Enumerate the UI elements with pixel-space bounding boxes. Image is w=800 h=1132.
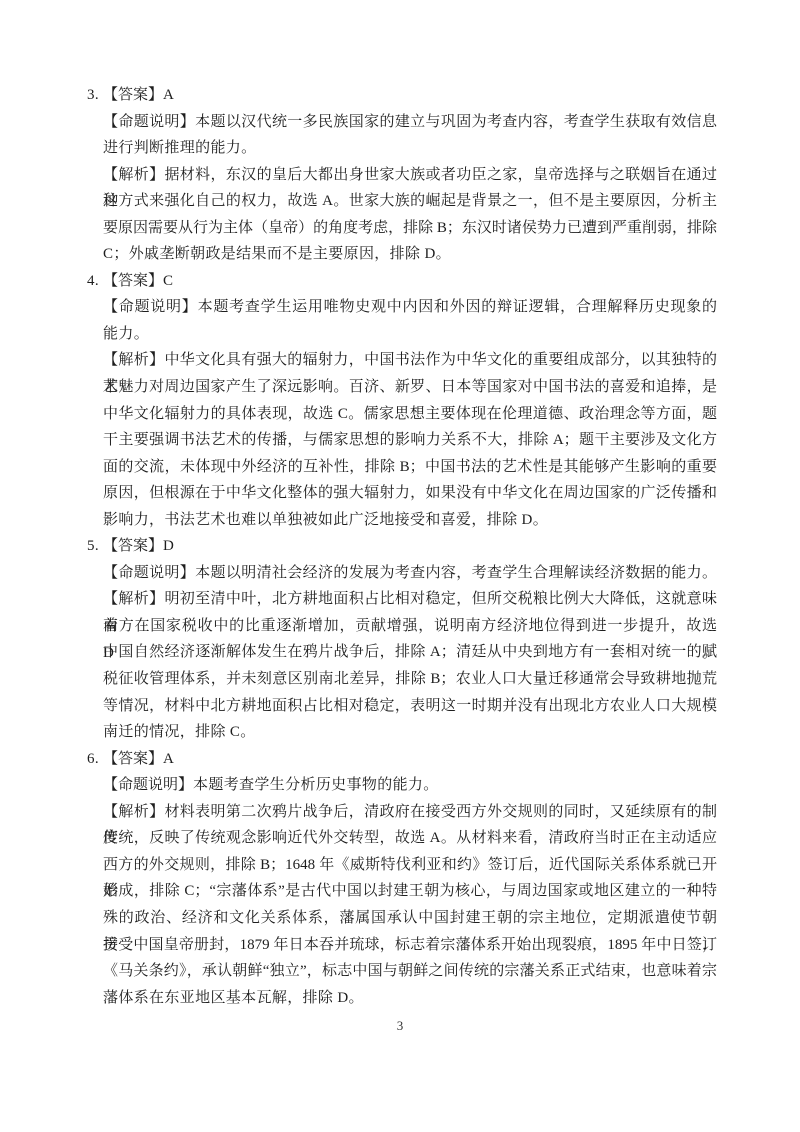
explanation-paragraph: 【命题说明】本题考查学生分析历史事物的能力。 — [103, 772, 717, 799]
analysis-tag: 【解析】 — [103, 352, 164, 368]
text-line: 殊的政治、经济和文化关系体系，藩属国承认中国封建王朝的宗主地位，定期派遣使节朝贡… — [103, 905, 717, 932]
question-4: 4.【答案】C 【命题说明】本题考查学生运用唯物史观中内因和外因的辩证逻辑，合理… — [103, 268, 717, 533]
answer-line: 3.【答案】A — [103, 82, 717, 109]
text-line: 税征收管理体系，并未刻意区别南北差异，排除 B；农业人口大量迁移通常会导致耕地抛… — [103, 666, 717, 693]
text-line: 南方在国家税收中的比重逐渐增加，贡献增强，说明南方经济地位得到进一步提升，故选 … — [103, 613, 717, 640]
answer-value: C — [163, 273, 173, 289]
text-line: 干主要强调书法艺术的传播，与儒家思想的影响力关系不大，排除 A；题干主要涉及文化… — [103, 427, 717, 454]
text-line: 接受中国皇帝册封，1879 年日本吞并琉球，标志着宗藩体系开始出现裂痕，1895… — [103, 932, 717, 959]
explanation-text: 本题以汉代统一多民族国家的建立与巩固为考查内容，考查学生获取有效信息 — [195, 114, 717, 130]
text-line: 面的交流，未体现中外经济的互补性，排除 B；中国书法的艺术性是其能够产生影响的重… — [103, 454, 717, 481]
analysis-tag: 【解析】 — [103, 167, 164, 183]
text-line: 【解析】明初至清中叶，北方耕地面积占比相对稳定，但所交税粮比例大大降低，这就意味… — [103, 586, 717, 613]
analysis-tag: 【解析】 — [103, 591, 164, 607]
text-line: 西方的外交规则，排除 B；1648 年《威斯特伐利亚和约》签订后，近代国际关系体… — [103, 852, 717, 879]
text-line: 术魅力对周边国家产生了深远影响。百济、新罗、日本等国家对中国书法的喜爱和追捧，是 — [103, 374, 717, 401]
answer-line: 4.【答案】C — [103, 268, 717, 295]
question-3: 3.【答案】A 【命题说明】本题以汉代统一多民族国家的建立与巩固为考查内容，考查… — [103, 82, 717, 268]
text-line: 中国自然经济逐渐解体发生在鸦片战争后，排除 A；清廷从中央到地方有一套相对统一的… — [103, 639, 717, 666]
text-line: 【命题说明】本题以明清社会经济的发展为考查内容，考查学生合理解读经济数据的能力。 — [103, 560, 717, 587]
text-line: 【解析】中华文化具有强大的辐射力，中国书法作为中华文化的重要组成部分，以其独特的… — [103, 347, 717, 374]
page-number: 3 — [0, 1018, 800, 1034]
text-line: 形成，排除 C；“宗藩体系”是古代中国以封建王朝为核心，与周边国家或地区建立的一… — [103, 878, 717, 905]
explanation-tag: 【命题说明】 — [103, 777, 193, 793]
text-line: C；外戚垄断朝政是结果而不是主要原因，排除 D。 — [103, 241, 717, 268]
answer-tag: 【答案】 — [103, 273, 163, 289]
text-line: 【命题说明】本题考查学生运用唯物史观中内因和外因的辩证逻辑，合理解释历史现象的 — [103, 294, 717, 321]
answer-line: 6.【答案】A — [103, 746, 717, 773]
analysis-paragraph: 【解析】中华文化具有强大的辐射力，中国书法作为中华文化的重要组成部分，以其独特的… — [103, 347, 717, 533]
question-number: 4. — [87, 268, 99, 295]
explanation-paragraph: 【命题说明】本题考查学生运用唯物史观中内因和外因的辩证逻辑，合理解释历史现象的 … — [103, 294, 717, 347]
question-number: 3. — [87, 82, 99, 109]
analysis-paragraph: 【解析】材料表明第二次鸦片战争后，清政府在接受西方外交规则的同时，又延续原有的制… — [103, 799, 717, 1011]
explanation-tag: 【命题说明】 — [103, 114, 195, 130]
analysis-paragraph: 【解析】明初至清中叶，北方耕地面积占比相对稳定，但所交税粮比例大大降低，这就意味… — [103, 586, 717, 745]
text-line: 【解析】据材料，东汉的皇后大都出身世家大族或者功臣之家，皇帝选择与之联姻旨在通过… — [103, 162, 717, 189]
question-6: 6.【答案】A 【命题说明】本题考查学生分析历史事物的能力。 【解析】材料表明第… — [103, 746, 717, 1011]
analysis-tag: 【解析】 — [103, 804, 164, 820]
explanation-text: 本题以明清社会经济的发展为考查内容，考查学生合理解读经济数据的能力。 — [195, 565, 717, 581]
answer-value: A — [163, 87, 174, 103]
answer-value: A — [163, 751, 174, 767]
explanation-text: 本题考查学生分析历史事物的能力。 — [193, 777, 439, 793]
answer-value: D — [163, 538, 174, 554]
text-line: 藩体系在东亚地区基本瓦解，排除 D。 — [103, 985, 717, 1012]
answer-key-page: 3.【答案】A 【命题说明】本题以汉代统一多民族国家的建立与巩固为考查内容，考查… — [103, 82, 717, 1011]
text-line: 进行判断推理的能力。 — [103, 135, 717, 162]
explanation-tag: 【命题说明】 — [103, 299, 198, 315]
question-number: 5. — [87, 533, 99, 560]
answer-tag: 【答案】 — [103, 751, 163, 767]
answer-line: 5.【答案】D — [103, 533, 717, 560]
text-line: 【命题说明】本题考查学生分析历史事物的能力。 — [103, 772, 717, 799]
text-line: 影响力，书法艺术也难以单独被如此广泛地接受和喜爱，排除 D。 — [103, 507, 717, 534]
question-number: 6. — [87, 746, 99, 773]
text-line: 《马关条约》，承认朝鲜“独立”，标志中国与朝鲜之间传统的宗藩关系正式结束，也意味… — [103, 958, 717, 985]
text-line: 传统，反映了传统观念影响近代外交转型，故选 A。从材料来看，清政府当时正在主动适… — [103, 825, 717, 852]
explanation-paragraph: 【命题说明】本题以明清社会经济的发展为考查内容，考查学生合理解读经济数据的能力。 — [103, 560, 717, 587]
explanation-paragraph: 【命题说明】本题以汉代统一多民族国家的建立与巩固为考查内容，考查学生获取有效信息… — [103, 109, 717, 162]
explanation-text: 本题考查学生运用唯物史观中内因和外因的辩证逻辑，合理解释历史现象的 — [198, 299, 717, 315]
analysis-paragraph: 【解析】据材料，东汉的皇后大都出身世家大族或者功臣之家，皇帝选择与之联姻旨在通过… — [103, 162, 717, 268]
text-line: 中华文化辐射力的具体表现，故选 C。儒家思想主要体现在伦理道德、政治理念等方面，… — [103, 401, 717, 428]
text-line: 要原因需要从行为主体（皇帝）的角度考虑，排除 B；东汉时诸侯势力已遭到严重削弱，… — [103, 215, 717, 242]
answer-tag: 【答案】 — [103, 538, 163, 554]
explanation-tag: 【命题说明】 — [103, 565, 195, 581]
text-line: 【解析】材料表明第二次鸦片战争后，清政府在接受西方外交规则的同时，又延续原有的制… — [103, 799, 717, 826]
answer-tag: 【答案】 — [103, 87, 163, 103]
text-line: 原因，但根源在于中华文化整体的强大辐射力，如果没有中华文化在周边国家的广泛传播和 — [103, 480, 717, 507]
text-line: 种方式来强化自己的权力，故选 A。世家大族的崛起是背景之一，但不是主要原因，分析… — [103, 188, 717, 215]
text-line: 南迁的情况，排除 C。 — [103, 719, 717, 746]
text-line: 能力。 — [103, 321, 717, 348]
text-line: 等情况，材料中北方耕地面积占比相对稳定，表明这一时期并没有出现北方农业人口大规模 — [103, 693, 717, 720]
question-5: 5.【答案】D 【命题说明】本题以明清社会经济的发展为考查内容，考查学生合理解读… — [103, 533, 717, 745]
text-line: 【命题说明】本题以汉代统一多民族国家的建立与巩固为考查内容，考查学生获取有效信息 — [103, 109, 717, 136]
